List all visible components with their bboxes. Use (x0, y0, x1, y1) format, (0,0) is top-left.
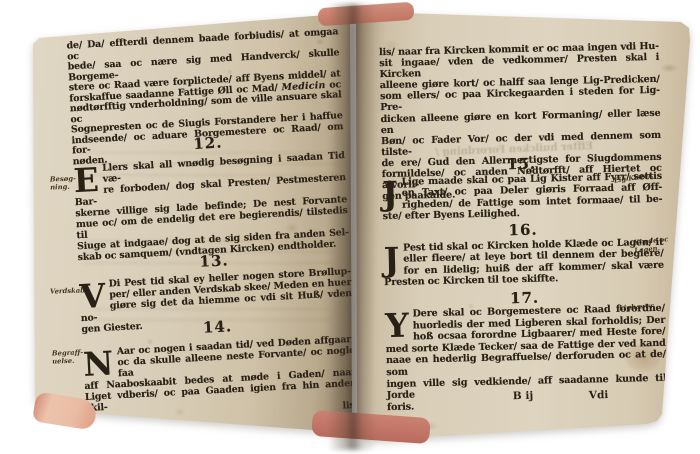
section-16-paragraph: J Pest tid skal oc Kircken holde Klæde o… (383, 237, 664, 289)
right-page-text: lis/ naar fra Kircken kommit er oc maa i… (346, 2, 700, 452)
catchword: Vdi (589, 389, 609, 401)
drop-cap: Y (385, 310, 409, 342)
signature-mark: B ij (513, 390, 534, 402)
right-page-wrap: Lig Kister. Klæde oc Lagen. Ligbærer. li… (0, 0, 700, 454)
section-15-paragraph: J Lige maade skal oc paa Lig Kister aff … (382, 171, 663, 223)
right-page: Lig Kister. Klæde oc Lagen. Ligbærer. li… (351, 6, 697, 448)
drop-cap: J (383, 244, 399, 275)
drop-cap: J (382, 178, 398, 209)
open-book-photo: Besøg- ning. Verdskab Begraff- uelse. de… (0, 0, 700, 454)
